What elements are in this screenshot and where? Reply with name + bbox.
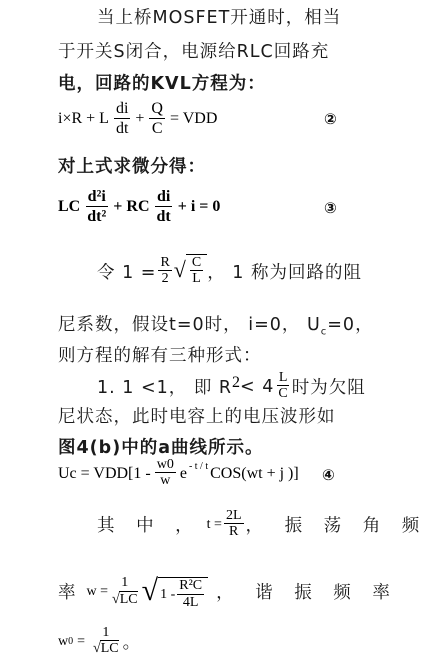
fraction-l-c: L C	[276, 370, 289, 403]
fraction-denominator: dt	[114, 119, 130, 138]
equation-kvl: i×R + L di dt + Q C = VDD	[58, 100, 217, 138]
initial-conditions-end: =0，	[327, 315, 373, 335]
fraction-numerator: R²C	[177, 578, 204, 594]
fraction-denominator: √LC	[110, 592, 140, 609]
fraction-1-sqrt-lc: 1 √LC	[110, 575, 140, 608]
exponential-base: e	[180, 465, 187, 483]
paragraph-1-line-1: 当上桥MOSFET开通时，相当	[97, 4, 341, 29]
fraction-di-dt: di dt	[114, 100, 130, 138]
fraction-denominator: R	[227, 524, 240, 541]
equation-number-2: ②	[324, 110, 337, 128]
where-suffix: ， 振 荡 角 频	[246, 512, 428, 537]
subscript-0: 0	[68, 636, 73, 647]
period-mark: 。	[123, 629, 142, 654]
plus-sign: +	[135, 110, 144, 128]
radicand: LC	[120, 591, 138, 607]
eq2-lhs: i×R + L	[58, 110, 109, 128]
omega-definition: 率 w = 1 √LC √ 1 - R²C 4L ， 谐 振 频 率	[58, 572, 398, 612]
paragraph-3-line-3: 则方程的解有三种形式：	[58, 342, 262, 367]
rate-suffix: ， 谐 振 频 率	[216, 579, 398, 604]
fraction-numerator: 1	[119, 575, 130, 591]
case-1-mid: < 4	[240, 377, 274, 397]
damping-suffix: ， 1 称为回路的阻	[207, 259, 362, 284]
case-1-suffix: 时为欠阻	[292, 374, 366, 399]
case-1-line-3: 图4(b)中的a曲线所示。	[58, 434, 264, 459]
equation-uc-solution: Uc = VDD[1 - w0 w e- t / t COS(wt + j )]	[58, 457, 299, 490]
fraction-r-2: R 2	[158, 255, 171, 288]
case-1-condition: 1. 1 <1， 即 R2 < 4 L C 时为欠阻	[97, 370, 366, 403]
equation-differential: LC d²i dt² + RC di dt + i = 0	[58, 188, 220, 226]
fraction-denominator: w	[158, 473, 172, 490]
fraction-numerator: d²i	[86, 188, 108, 207]
fraction-numerator: di	[155, 188, 172, 207]
paragraph-3-line-2: 尼系数，假设t=0时， i=0， Uc=0，	[58, 311, 374, 338]
fraction-numerator: 1	[100, 625, 111, 641]
eq3-lc: LC	[58, 198, 80, 216]
sqrt-icon: √	[112, 592, 120, 607]
paragraph-1-line-3: 电，回路的KVL方程为：	[58, 70, 266, 95]
eq4-cos-term: COS(wt + j )]	[210, 465, 299, 483]
fraction-q-c: Q C	[149, 100, 165, 138]
eq3-rc: + RC	[113, 198, 149, 216]
fraction-w0-w: w0 w	[155, 457, 176, 490]
fraction-numerator: 2L	[224, 508, 244, 524]
radicand: LC	[101, 640, 119, 656]
fraction-numerator: L	[277, 370, 290, 386]
omega0-definition: w0 = 1 √LC 。	[58, 625, 141, 658]
equation-number-3: ③	[324, 199, 337, 217]
inner-prefix: 1 -	[160, 587, 175, 603]
sqrt-icon: √	[142, 574, 158, 608]
omega0-symbol: w	[58, 634, 68, 650]
fraction-denominator: C	[276, 386, 289, 403]
tau-lhs: t =	[207, 517, 222, 533]
exponent: - t / t	[189, 461, 208, 472]
fraction-denominator: dt²	[85, 207, 108, 226]
equals-sign: =	[77, 634, 85, 650]
fraction-numerator: di	[114, 100, 130, 119]
sqrt-damping-term: √ 1 - R²C 4L	[142, 572, 209, 612]
fraction-denominator: dt	[155, 207, 173, 226]
eq3-rhs: + i = 0	[178, 198, 221, 216]
fraction-denominator: 2	[160, 271, 171, 288]
case-1-line-2: 尼状态，此时电容上的电压波形如	[58, 403, 336, 428]
tau-definition: 其 中 ， t = 2L R ， 振 荡 角 频	[97, 508, 427, 541]
initial-conditions: 尼系数，假设t=0时， i=0， U	[58, 315, 321, 335]
fraction-di-dt: di dt	[155, 188, 173, 226]
fraction-2l-r: 2L R	[224, 508, 244, 541]
damping-definition: 令 1 = R 2 √ C L ， 1 称为回路的阻	[97, 254, 362, 288]
fraction-r2c-4l: R²C 4L	[177, 578, 204, 611]
fraction-numerator: R	[158, 255, 171, 271]
exponent-2: 2	[232, 374, 240, 392]
fraction-numerator: w0	[155, 457, 176, 473]
rate-prefix: 率	[58, 579, 77, 604]
case-1-prefix: 1. 1 <1， 即 R	[97, 374, 232, 399]
fraction-denominator: L	[190, 271, 203, 288]
sqrt-c-over-l: √ C L	[174, 254, 207, 288]
fraction-denominator: √LC	[91, 641, 121, 658]
omega-lhs: w =	[87, 584, 109, 600]
fraction-denominator: 4L	[181, 595, 201, 612]
eq2-rhs: = VDD	[170, 110, 217, 128]
fraction-c-l: C L	[190, 255, 203, 288]
damping-prefix: 令 1 =	[97, 259, 156, 284]
paragraph-2: 对上式求微分得：	[58, 153, 206, 178]
sqrt-icon: √	[174, 257, 186, 283]
where-prefix: 其 中 ，	[97, 512, 201, 537]
fraction-d2i-dt2: d²i dt²	[85, 188, 108, 226]
equation-number-4: ④	[322, 466, 335, 484]
fraction-1-sqrt-lc: 1 √LC	[91, 625, 121, 658]
fraction-numerator: Q	[149, 100, 165, 119]
fraction-denominator: C	[150, 119, 165, 138]
eq4-lhs: Uc = VDD[1 -	[58, 465, 151, 483]
fraction-numerator: C	[190, 255, 203, 271]
sqrt-icon: √	[93, 641, 101, 656]
paragraph-1-line-2: 于开关S闭合，电源给RLC回路充	[58, 38, 329, 63]
